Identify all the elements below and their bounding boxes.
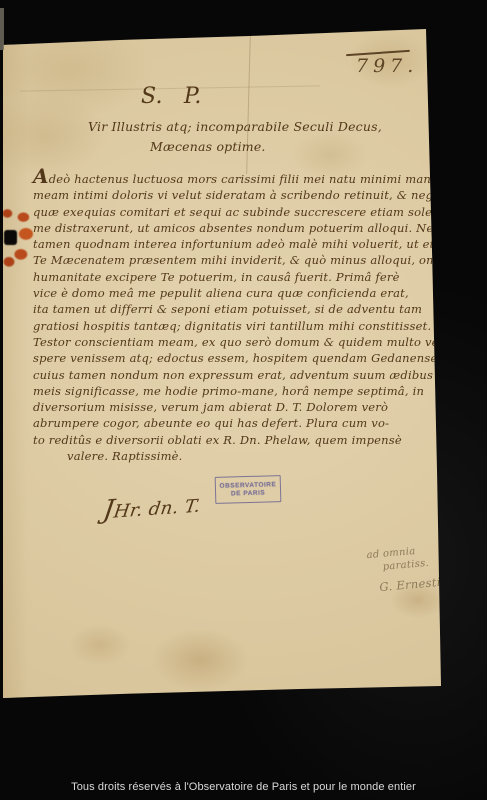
catalog-number: 797. — [356, 55, 418, 77]
body-line: Te Mæcenatem præsentem mihi inviderit, &… — [33, 252, 448, 268]
body-line: to reditûs e diversorii oblati ex R. Dn.… — [33, 432, 448, 448]
manuscript-paper: 797. S. P. Vir Illustris atq; incomparab… — [0, 0, 487, 800]
closing-line: paratiss. — [382, 557, 439, 573]
salutation: S. P. — [141, 84, 202, 109]
body-line: abrumpere cogor, abeunte eo qui has defe… — [33, 415, 448, 431]
body-line: Adeò hactenus luctuosa mors carissimi fi… — [33, 168, 448, 187]
heading-line-1: Vir Illustris atq; incomparabile Seculi … — [88, 119, 382, 134]
body-line: quæ exequias comitari et sequi ac subind… — [33, 204, 448, 220]
body-line: cuius tamen nondum non expressum erat, a… — [33, 367, 448, 383]
wax-seal — [1, 206, 33, 268]
body-line: tamen quodnam interea infortunium adeò m… — [33, 236, 448, 252]
archive-stamp: OBSERVATOIRE DE PARIS — [215, 475, 282, 504]
body-line: humanitate excipere Te potuerim, in caus… — [33, 269, 448, 285]
signature-initials: JHr. dn. T. — [101, 489, 203, 526]
body-line: me distraxerunt, ut amicos absentes nond… — [33, 220, 448, 236]
page-edge-sliver — [0, 8, 4, 50]
wax-seal-hole — [4, 230, 17, 245]
stamp-line: OBSERVATOIRE — [219, 481, 276, 489]
body-line: gratiosi hospitis tantæq; dignitatis vir… — [33, 318, 448, 334]
body-line: valere. Raptissimè. — [33, 448, 448, 464]
photo-frame: 797. S. P. Vir Illustris atq; incomparab… — [0, 0, 487, 800]
body-line: ita tamen ut differri & seponi etiam pot… — [33, 301, 448, 317]
body-line: vice è domo meâ me pepulit aliena cura q… — [33, 285, 448, 301]
footer-caption: Tous droits réservés à l'Observatoire de… — [0, 781, 487, 793]
body-line: spere venissem atq; edoctus essem, hospi… — [33, 350, 448, 366]
body-line: meis significasse, me hodie primo-mane, … — [33, 383, 448, 399]
closing-signature: G. Ernesti — [379, 575, 441, 594]
body-line: diversorium misisse, verum jam abierat D… — [33, 399, 448, 415]
body-line: Testor conscientiam meam, ex quo serò do… — [33, 334, 448, 350]
body-line: meam intimi doloris vi velut sideratam à… — [33, 187, 448, 203]
heading-line-2: Mæcenas optime. — [150, 139, 266, 154]
stamp-line: DE PARIS — [231, 490, 265, 498]
closing-block: ad omnia paratiss. G. Ernesti — [366, 544, 441, 595]
letter-body: Adeò hactenus luctuosa mors carissimi fi… — [33, 168, 448, 464]
